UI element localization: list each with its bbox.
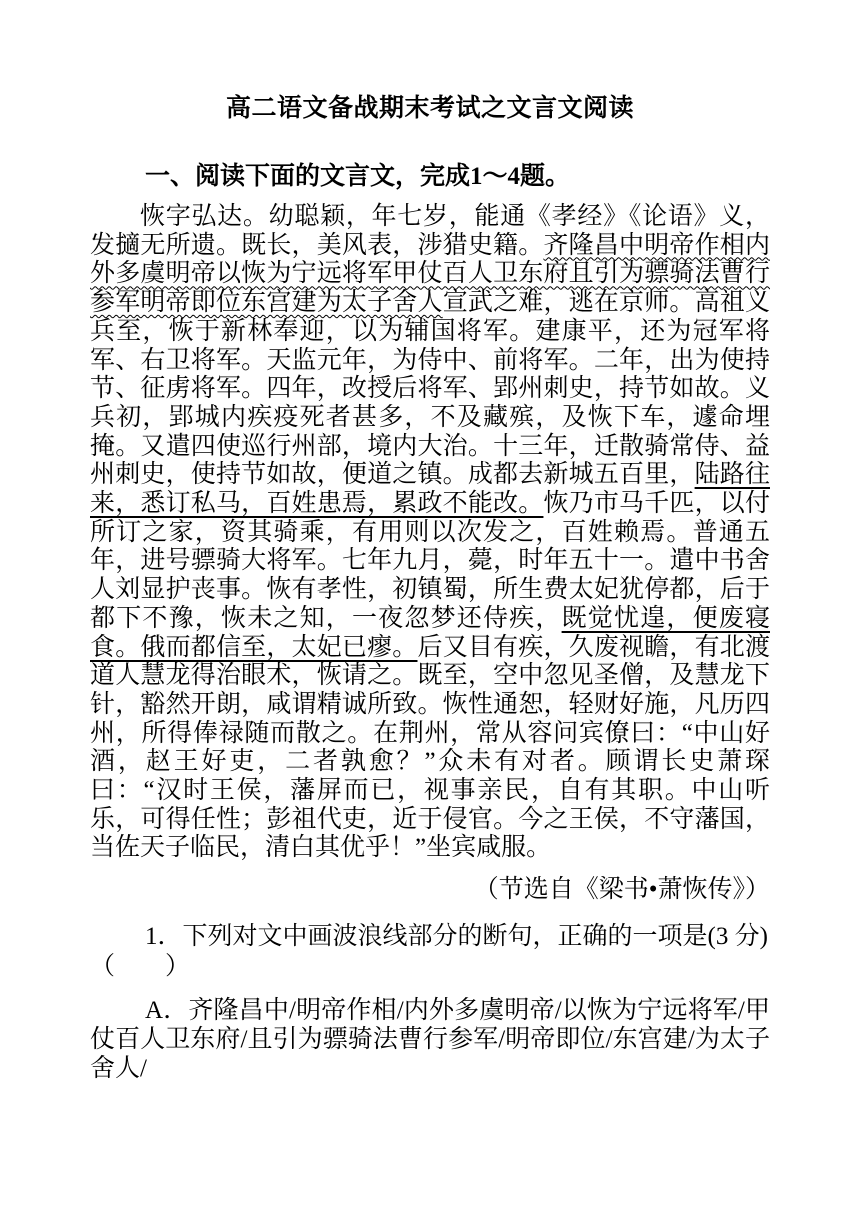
option-text: 齐隆昌中/明帝作相/内外多虞明帝/以恢为宁远将军/甲仗百人卫东府/且引为骠骑法曹… bbox=[90, 997, 770, 1081]
page-title: 高二语文备战期末考试之文言文阅读 bbox=[90, 0, 770, 124]
question-1-stem-line: 1．下列对文中画波浪线部分的断句，正确的一项是(3 分) bbox=[90, 922, 770, 952]
question-stem: 下列对文中画波浪线部分的断句，正确的一项是(3 分) bbox=[183, 923, 768, 950]
question-number: 1． bbox=[145, 923, 183, 950]
passage: 恢字弘达。幼聪颖，年七岁，能通《孝经》《论语》义，发擿无所遗。既长，美风表，涉猎… bbox=[90, 203, 770, 863]
section-heading: 一、阅读下面的文言文，完成1～4题。 bbox=[90, 162, 770, 192]
source-attribution: （节选自《梁书•萧恢传》） bbox=[90, 875, 770, 905]
options-list: A．齐隆昌中/明帝作相/内外多虞明帝/以恢为宁远将军/甲仗百人卫东府/且引为骠骑… bbox=[90, 997, 770, 1083]
passage-segment: 宣武之难，逃在京师。高祖义兵至，恢于新林奉迎，以为辅国将军。建康平，还为冠军将军… bbox=[90, 289, 770, 488]
option-a: A．齐隆昌中/明帝作相/内外多虞明帝/以恢为宁远将军/甲仗百人卫东府/且引为骠骑… bbox=[90, 997, 770, 1083]
document-page: 高二语文备战期末考试之文言文阅读 一、阅读下面的文言文，完成1～4题。 恢字弘达… bbox=[0, 0, 860, 1215]
question-1: 1．下列对文中画波浪线部分的断句，正确的一项是(3 分) （ ） bbox=[90, 922, 770, 982]
answer-blank: （ ） bbox=[90, 952, 770, 982]
passage-segment: 后又目有疾，久废视瞻，有北渡道人慧龙得治眼术，恢请之。既至，空中忽见圣僧，及慧龙… bbox=[90, 634, 770, 862]
option-label: A． bbox=[145, 997, 188, 1024]
